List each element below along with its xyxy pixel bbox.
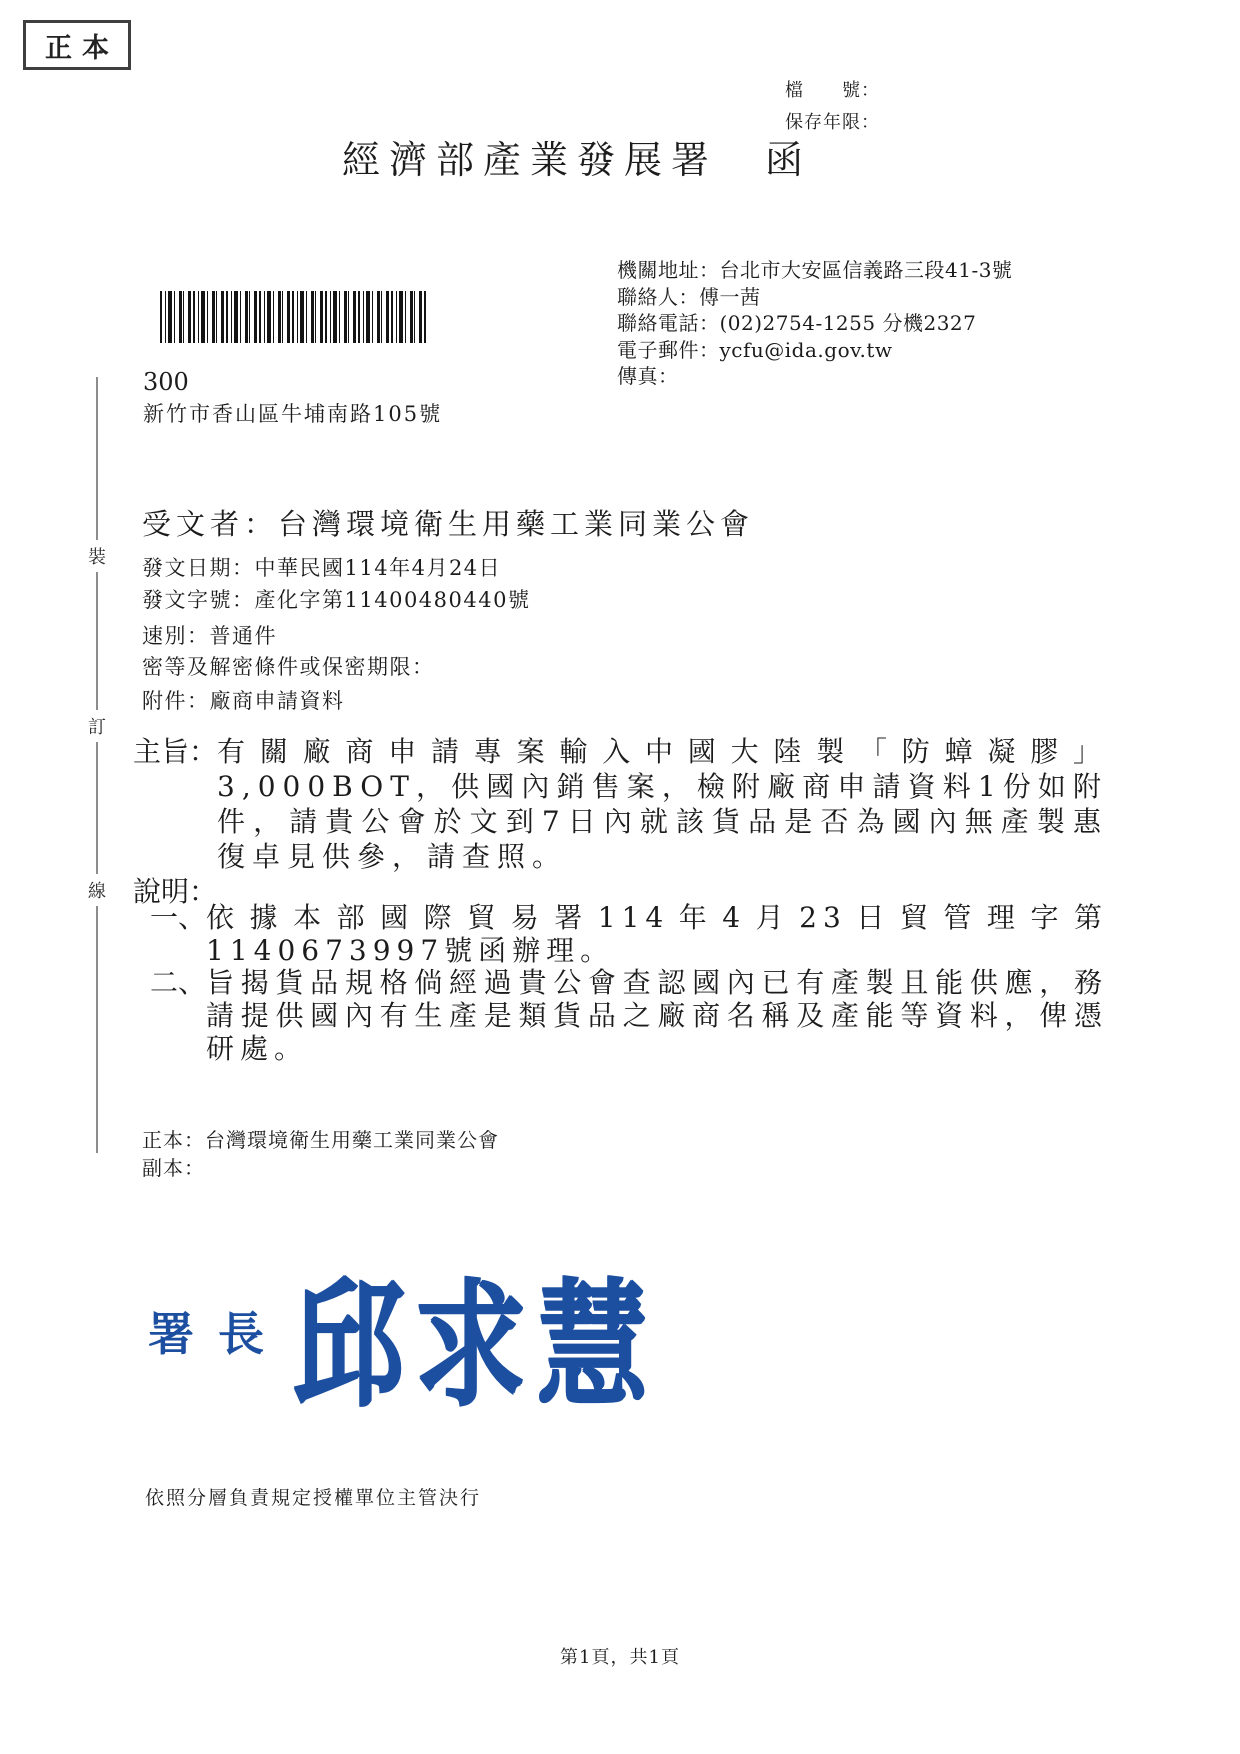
issue-date-value: 中華民國114年4月24日 [255, 556, 502, 580]
contact-email-label: 電子郵件： [617, 338, 720, 362]
postal-code: 300 [143, 368, 189, 396]
recipient-label: 受文者： [142, 507, 278, 541]
contact-email-value: ycfu@ida.gov.tw [720, 338, 893, 362]
contact-phone-label: 聯絡電話： [617, 311, 720, 335]
attachment-line: 附件：廠商申請資料 [142, 685, 345, 715]
binding-line [96, 377, 98, 1153]
official-letter-page: 正本 檔 號： 保存年限： 經濟部產業發展署 函 300 新竹市香山區牛埔南路1… [0, 0, 1240, 1754]
original-copy-stamp-label: 正本 [35, 26, 119, 65]
explanation-item-1-number: 一、 [150, 901, 206, 934]
speed-class-value: 普通件 [210, 624, 278, 648]
original-copy-label: 正本： [142, 1128, 205, 1152]
signer-name-signature: 邱求慧 [292, 1236, 658, 1432]
binding-mark-xian: 線 [85, 874, 109, 906]
security-class-label: 密等及解密條件或保密期限： [142, 655, 435, 679]
explanation-item-2-number: 二、 [150, 966, 206, 999]
explanation-item-2-text: 旨揭貨品規格倘經過貴公會查認國內已有產製且能供應，務請提供國內有生產是類貨品之廠… [206, 966, 1108, 1065]
original-copy-stamp: 正本 [23, 20, 131, 70]
recipient-address: 新竹市香山區牛埔南路105號 [143, 398, 442, 428]
contact-phone-value: (02)2754-1255 分機2327 [720, 311, 977, 335]
original-copy-value: 台灣環境衛生用藥工業同業公會 [205, 1128, 499, 1152]
contact-phone-line: 聯絡電話：(02)2754-1255 分機2327 [617, 310, 1012, 337]
issue-date-label: 發文日期： [142, 556, 255, 580]
agency-address-label: 機關地址： [617, 258, 720, 282]
doc-number-value: 產化字第11400480440號 [255, 588, 531, 612]
explanation-item-2: 二、 旨揭貨品規格倘經過貴公會查認國內已有產製且能供應，務請提供國內有生產是類貨… [150, 966, 1108, 1065]
recipient-name: 台灣環境衛生用藥工業同業公會 [278, 507, 754, 541]
explanation-item-1-text: 依據本部國際貿易署114年4月23日貿管理字第1140673997號函辦理。 [206, 901, 1108, 967]
page-footer: 第1頁，共1頁 [560, 1643, 680, 1669]
doc-number-label: 發文字號： [142, 588, 255, 612]
binding-mark-zhuang: 裝 [85, 540, 109, 572]
security-class-line: 密等及解密條件或保密期限： [142, 651, 435, 681]
subject-text: 有關廠商申請專案輸入中國大陸製「防蟑凝膠」3,000BOT，供國內銷售案，檢附廠… [217, 734, 1108, 874]
explanation-item-1: 一、 依據本部國際貿易署114年4月23日貿管理字第1140673997號函辦理… [150, 901, 1108, 967]
signer-title: 署長 [148, 1298, 288, 1364]
contact-person-line: 聯絡人：傅一茜 [617, 284, 1012, 311]
doc-number-line: 發文字號：產化字第11400480440號 [142, 584, 530, 614]
contact-person-value: 傅一茜 [699, 285, 761, 309]
contact-email-line: 電子郵件：ycfu@ida.gov.tw [617, 337, 1012, 364]
issue-date-line: 發文日期：中華民國114年4月24日 [142, 552, 501, 582]
speed-class-line: 速別：普通件 [142, 620, 277, 650]
barcode-image [160, 291, 428, 343]
contact-fax-line: 傳真： [617, 363, 1012, 390]
attachment-value: 廠商申請資料 [210, 689, 345, 713]
recipient-line: 受文者：台灣環境衛生用藥工業同業公會 [142, 502, 754, 543]
contact-fax-label: 傳真： [617, 364, 679, 388]
agency-address-value: 台北市大安區信義路三段41-3號 [720, 258, 1013, 282]
binding-mark-ding: 訂 [85, 710, 109, 742]
delegation-note: 依照分層負責規定授權單位主管決行 [145, 1483, 481, 1510]
agency-contact-block: 機關地址：台北市大安區信義路三段41-3號 聯絡人：傅一茜 聯絡電話：(02)2… [617, 257, 1012, 390]
subject-section: 主旨： 有關廠商申請專案輸入中國大陸製「防蟑凝膠」3,000BOT，供國內銷售案… [133, 734, 1108, 874]
subject-label: 主旨： [133, 734, 217, 769]
cc-copy-label: 副本： [142, 1156, 205, 1180]
attachment-label: 附件： [142, 689, 210, 713]
contact-person-label: 聯絡人： [617, 285, 699, 309]
cc-copy-line: 副本： [142, 1152, 205, 1181]
agency-address-line: 機關地址：台北市大安區信義路三段41-3號 [617, 257, 1012, 284]
file-number-label: 檔 號： [785, 76, 880, 102]
speed-class-label: 速別： [142, 624, 210, 648]
document-title: 經濟部產業發展署 函 [342, 129, 812, 184]
original-copy-line: 正本：台灣環境衛生用藥工業同業公會 [142, 1124, 499, 1153]
